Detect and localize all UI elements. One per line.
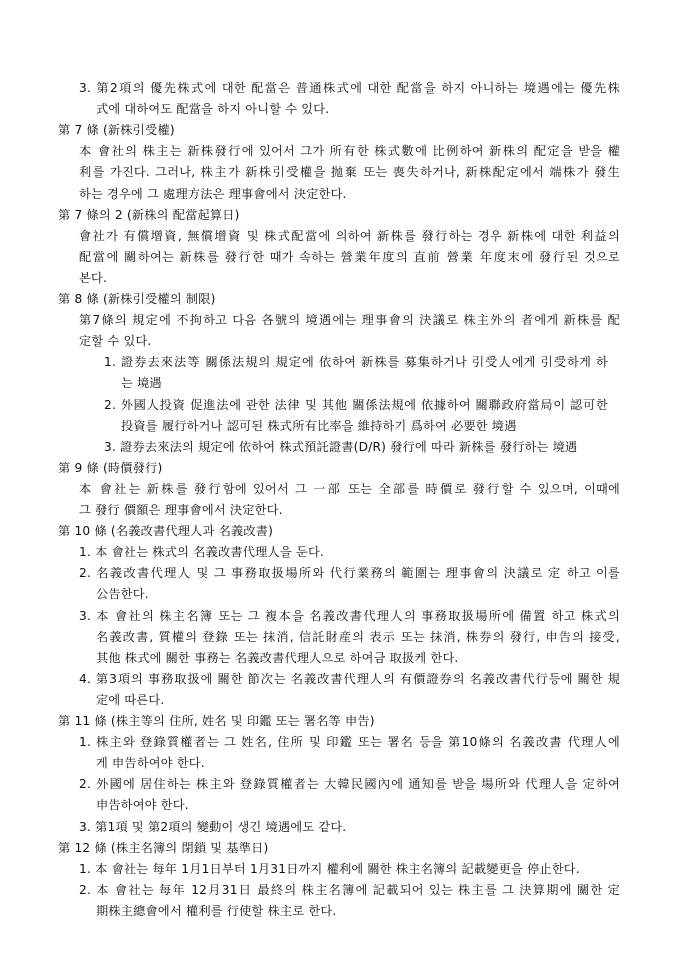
numbered-item-continuation: 式에 대하여도 配當을 하지 아니할 수 있다.	[96, 99, 620, 120]
numbered-item-line: 1. 本 會社는 株式의 名義改書代理人을 둔다.	[79, 542, 620, 563]
numbered-item-continuation: 其他 株式에 關한 事務는 名義改書代理人으로 하여금 取扱케 한다.	[96, 648, 620, 669]
article-paragraph-line: 會社가 有償增資, 無償增資 및 株式配當에 의하여 新株를 發行하는 경우 新…	[79, 226, 620, 247]
numbered-item-line: 3. 本 會社의 株主名簿 또는 그 複本을 名義改書代理人의 事務取扱場所에 …	[79, 606, 620, 627]
article-heading: 第 10 條 (名義改書代理人과 名義改書)	[58, 521, 273, 542]
article-paragraph-line: 配當에 關하여는 新株를 發行한 때가 속하는 營業年度의 直前 營業 年度末에…	[79, 247, 620, 268]
numbered-item-line: 3. 第1項 및 第2項의 變動이 생긴 境遇에도 같다.	[79, 817, 620, 838]
article-paragraph-line: 本 會社는 新株를 發行함에 있어서 그 一部 또는 全部를 時價로 發行할 수…	[79, 479, 620, 500]
article-heading: 第 9 條 (時價發行)	[58, 458, 162, 479]
sub-item-continuation: 投資를 履行하거나 認可된 株式所有比率을 維持하기 爲하여 必要한 境遇	[121, 416, 608, 437]
article-paragraph-line: 利를 가진다. 그러나, 株主가 新株引受權을 抛棄 또는 喪失하거나, 新株配…	[79, 162, 620, 183]
numbered-item-continuation: 期株主總會에서 權利를 行使할 株主로 한다.	[96, 901, 620, 922]
sub-item-line: 2. 外國人投資 促進法에 관한 法律 및 其他 關係法規에 依據하여 關聯政府…	[104, 395, 608, 416]
article-paragraph-line: 그 發行 價額은 理事會에서 決定한다.	[79, 500, 620, 521]
numbered-item-continuation: 申告하여야 한다.	[96, 795, 620, 816]
article-paragraph-line: 第7條의 規定에 不拘하고 다음 各號의 境遇에는 理事會의 決議로 株主外의 …	[79, 310, 620, 331]
article-heading: 第 7 條의 2 (新株의 配當起算日)	[58, 205, 240, 226]
numbered-item-line: 1. 株主와 登錄質權者는 그 姓名, 住所 및 印鑑 또는 署名 등을 第10…	[79, 732, 620, 753]
numbered-item-continuation: 名義改書, 質權의 登錄 또는 抹消, 信託財産의 表示 또는 抹消, 株券의 …	[96, 627, 620, 648]
article-paragraph-line: 하는 경우에 그 處理方法은 理事會에서 決定한다.	[79, 184, 620, 205]
numbered-item-line: 2. 名義改書代理人 및 그 事務取扱場所와 代行業務의 範圍는 理事會의 決議…	[79, 563, 620, 584]
sub-item-line: 3. 證券去來法의 規定에 依하여 株式預託證書(D/R) 發行에 따라 新株를…	[104, 437, 608, 458]
article-heading: 第 12 條 (株主名簿의 閉鎖 및 基準日)	[58, 838, 268, 859]
numbered-item-continuation: 公告한다.	[96, 584, 620, 605]
document-page: 3. 第2項의 優先株式에 대한 配當은 普通株式에 대한 配當을 하지 아니하…	[0, 0, 680, 962]
numbered-item-line: 2. 本 會社는 每年 12月31日 最終의 株主名簿에 記載되어 있는 株主를…	[79, 880, 620, 901]
numbered-item-line: 3. 第2項의 優先株式에 대한 配當은 普通株式에 대한 配當을 하지 아니하…	[79, 78, 620, 99]
article-heading: 第 8 條 (新株引受權의 制限)	[58, 289, 216, 310]
article-heading: 第 7 條 (新株引受權)	[58, 120, 175, 141]
article-heading: 第 11 條 (株主等의 住所, 姓名 및 印鑑 또는 署名等 申告)	[58, 711, 375, 732]
article-paragraph-line: 定할 수 있다.	[79, 331, 620, 352]
article-paragraph-line: 本 會社의 株主는 新株發行에 있어서 그가 所有한 株式數에 比例하여 新株의…	[79, 141, 620, 162]
numbered-item-line: 1. 本 會社는 每年 1月1日부터 1月31日까지 權利에 關한 株主名簿의 …	[79, 859, 620, 880]
numbered-item-continuation: 定에 따른다.	[96, 690, 620, 711]
numbered-item-line: 4. 第3項의 事務取扱에 關한 節次는 名義改書代理人의 有價證券의 名義改書…	[79, 669, 620, 690]
sub-item-line: 1. 證券去來法等 關係法規의 規定에 依하여 新株를 募集하거나 引受人에게 …	[104, 352, 608, 373]
numbered-item-line: 2. 外國에 居住하는 株主와 登錄質權者는 大韓民國內에 通知를 받을 場所와…	[79, 774, 620, 795]
numbered-item-continuation: 게 申告하여야 한다.	[96, 753, 620, 774]
sub-item-continuation: 는 境遇	[121, 373, 608, 394]
article-paragraph-line: 본다.	[79, 268, 620, 289]
